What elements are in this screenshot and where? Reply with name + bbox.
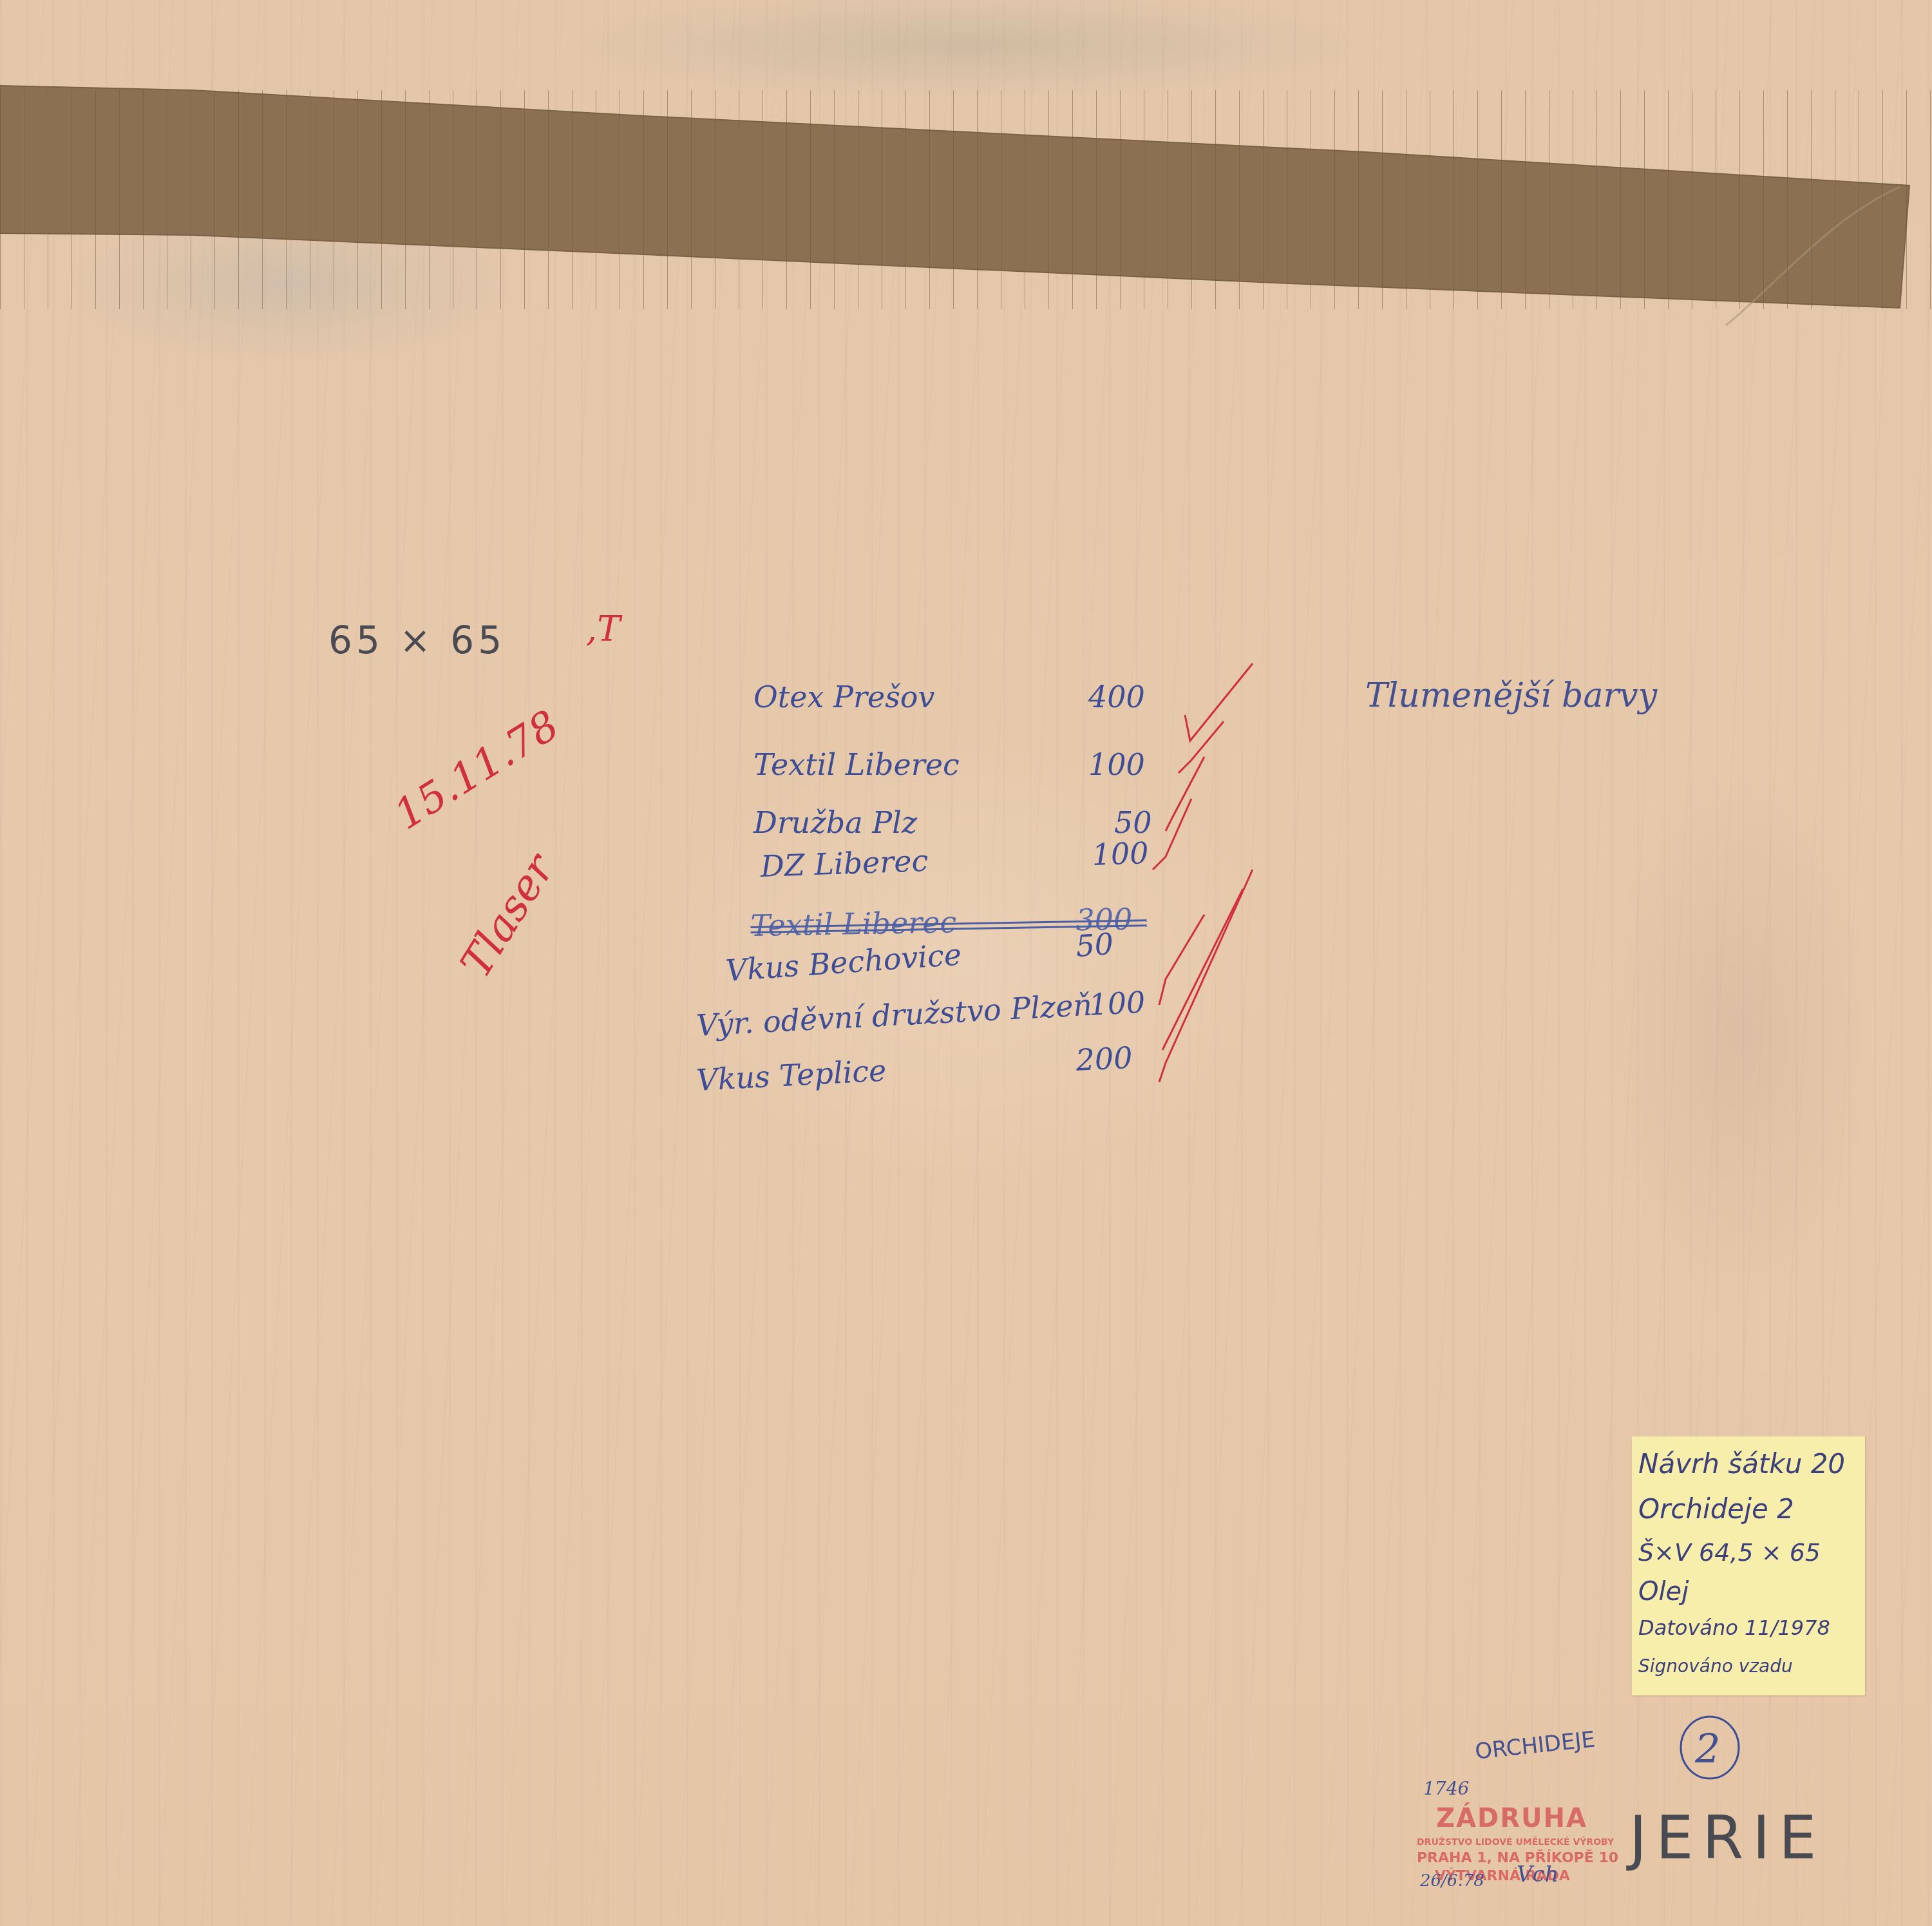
- checkmark-icon: [1153, 799, 1191, 870]
- checkmark-icon: [1166, 757, 1204, 831]
- sticky-line: Olej: [1638, 1577, 1689, 1607]
- side-note: Tlumenější barvy: [1365, 676, 1657, 715]
- stamp-line: DRUŽSTVO LIDOVÉ UMĚLECKÉ VÝROBY: [1417, 1837, 1614, 1847]
- sticky-note: Návrh šátku 20 Orchideje 2 Š×V 64,5 × 65…: [1632, 1436, 1865, 1695]
- checkmark-icon: [1185, 663, 1253, 741]
- stamp-line: ZÁDRUHA: [1436, 1804, 1587, 1833]
- checkmark-icon: [1179, 721, 1224, 773]
- artist-name: JERIE: [1629, 1804, 1825, 1873]
- stamp-date: 26/6.78: [1420, 1871, 1484, 1891]
- checkmark-icon: [1162, 889, 1243, 1050]
- checkmark-icon: [1159, 870, 1253, 1082]
- sticky-line: Signováno vzadu: [1638, 1655, 1793, 1677]
- sticky-line: Návrh šátku 20: [1638, 1448, 1845, 1480]
- sticky-line: Orchideje 2: [1638, 1493, 1794, 1525]
- stamp-initials: Vch: [1517, 1862, 1559, 1887]
- sticky-line: Š×V 64,5 × 65: [1638, 1538, 1821, 1567]
- sticky-line: Datováno 11/1978: [1638, 1616, 1830, 1640]
- inventory-number: 1746: [1423, 1778, 1469, 1799]
- circled-number: 2: [1695, 1725, 1720, 1772]
